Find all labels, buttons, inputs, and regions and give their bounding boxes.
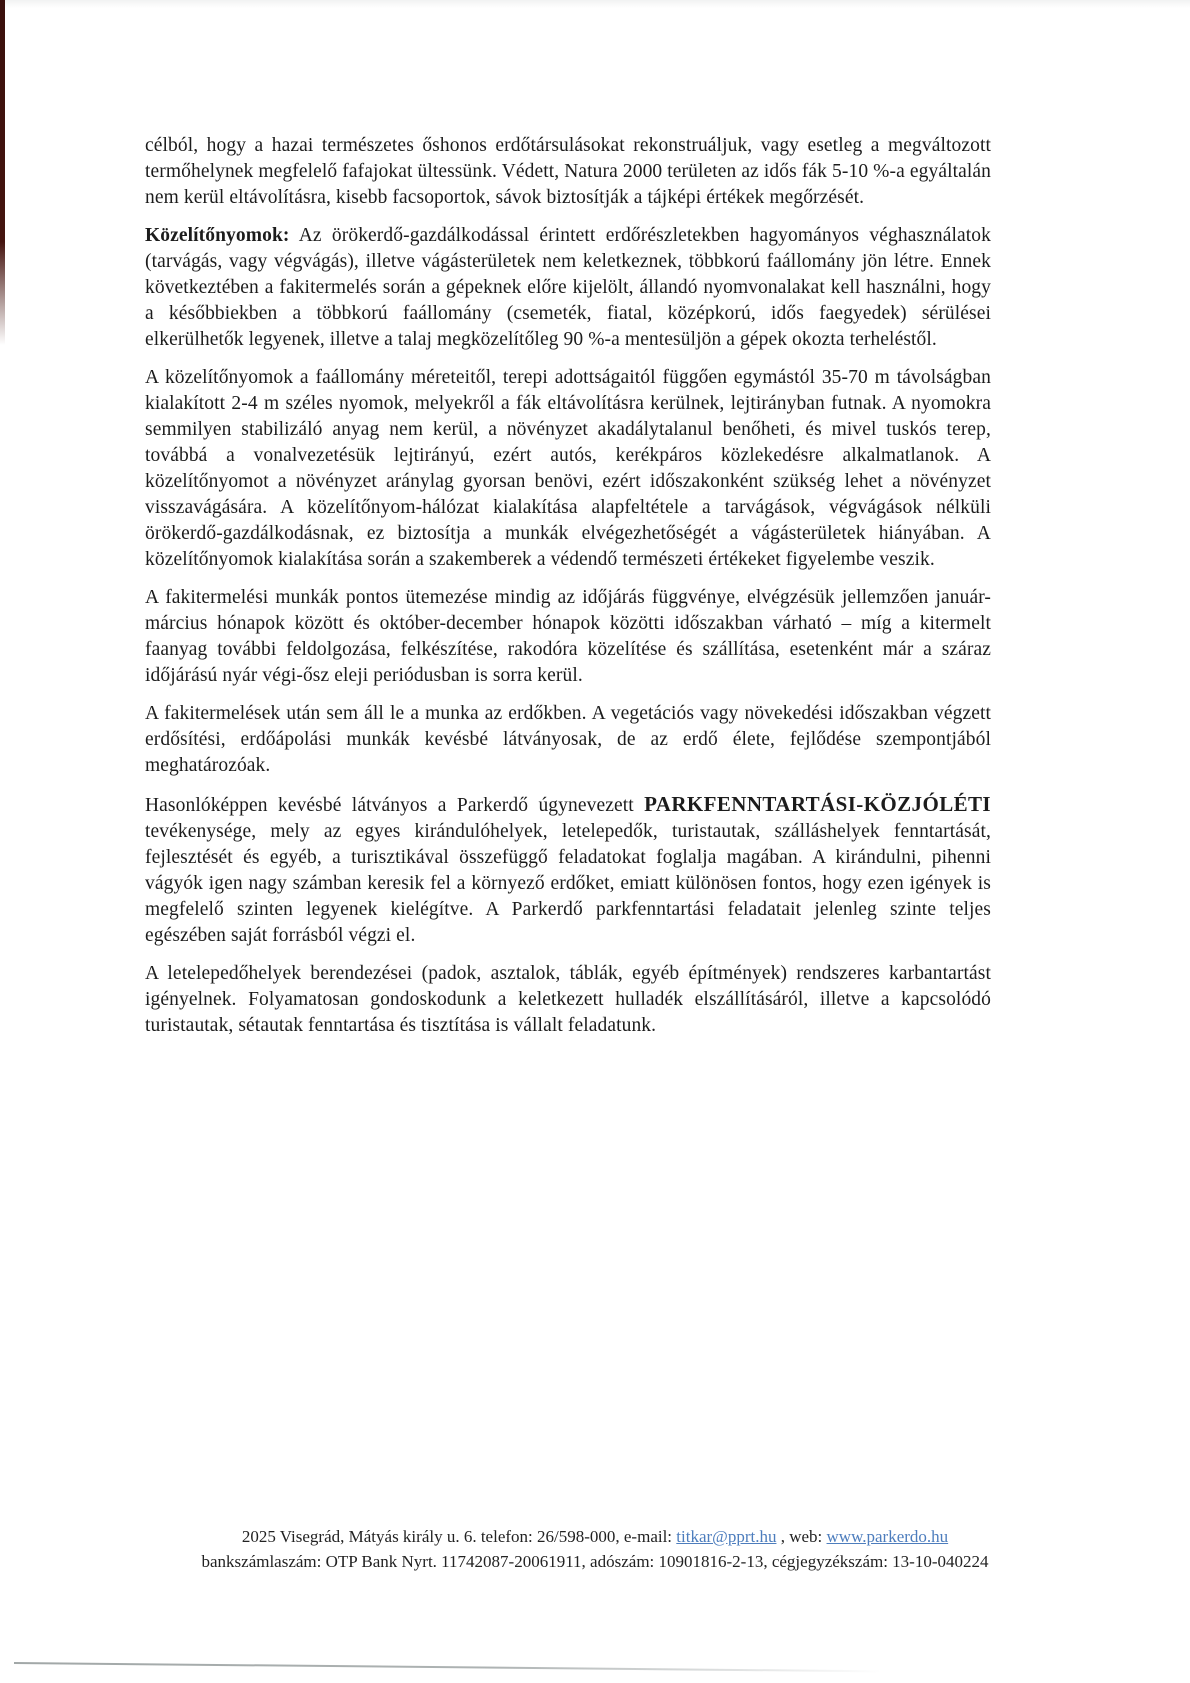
footer-website-link[interactable]: www.parkerdo.hu bbox=[827, 1527, 949, 1546]
paragraph-continuation: célból, hogy a hazai természetes őshonos… bbox=[145, 133, 991, 211]
paragraph-utemezes: A fakitermelési munkák pontos ütemezése … bbox=[145, 585, 991, 689]
document-body: célból, hogy a hazai természetes őshonos… bbox=[145, 133, 991, 1051]
scan-bottom-line-artifact bbox=[14, 1662, 882, 1672]
scan-top-shade-artifact bbox=[0, 0, 1190, 8]
paragraph-kozelitonyomok: Közelítőnyomok: Az örökerdő-gazdálkodáss… bbox=[145, 223, 991, 353]
letterhead-footer: 2025 Visegrád, Mátyás király u. 6. telef… bbox=[95, 1524, 1095, 1574]
footer-bank-text: bankszámlaszám: OTP Bank Nyrt. 11742087-… bbox=[201, 1552, 988, 1571]
paragraph-text: célból, hogy a hazai természetes őshonos… bbox=[145, 135, 991, 208]
scanned-document-page: célból, hogy a hazai természetes őshonos… bbox=[0, 0, 1190, 1683]
footer-web-label: , web: bbox=[776, 1527, 826, 1546]
footer-email-link[interactable]: titkar@pprt.hu bbox=[676, 1527, 776, 1546]
paragraph-text: A fakitermelések után sem áll le a munka… bbox=[145, 703, 991, 776]
paragraph-text: A letelepedőhelyek berendezései (padok, … bbox=[145, 963, 991, 1036]
parkfenntartasi-kozjoleti-term: PARKFENNTARTÁSI-KÖZJÓLÉTI bbox=[644, 792, 991, 816]
paragraph-text: tevékenysége, mely az egyes kirándulóhel… bbox=[145, 821, 991, 946]
paragraph-bold-lead: Közelítőnyomok: bbox=[145, 225, 289, 246]
footer-line-bank: bankszámlaszám: OTP Bank Nyrt. 11742087-… bbox=[95, 1549, 1095, 1574]
paragraph-parkfenntartas: Hasonlóképpen kevésbé látványos a Parker… bbox=[145, 791, 991, 949]
footer-address-text: 2025 Visegrád, Mátyás király u. 6. telef… bbox=[242, 1527, 676, 1546]
paragraph-vegetacios-idoszak: A fakitermelések után sem áll le a munka… bbox=[145, 701, 991, 779]
paragraph-nyomok-leiras: A közelítőnyomok a faállomány méreteitől… bbox=[145, 365, 991, 573]
scan-left-edge-artifact bbox=[0, 0, 5, 345]
paragraph-text: Hasonlóképpen kevésbé látványos a Parker… bbox=[145, 795, 644, 816]
paragraph-text: A fakitermelési munkák pontos ütemezése … bbox=[145, 587, 991, 686]
paragraph-letelepedohelyek: A letelepedőhelyek berendezései (padok, … bbox=[145, 961, 991, 1039]
paragraph-text: A közelítőnyomok a faállomány méreteitől… bbox=[145, 367, 991, 570]
footer-line-contact: 2025 Visegrád, Mátyás király u. 6. telef… bbox=[95, 1524, 1095, 1549]
